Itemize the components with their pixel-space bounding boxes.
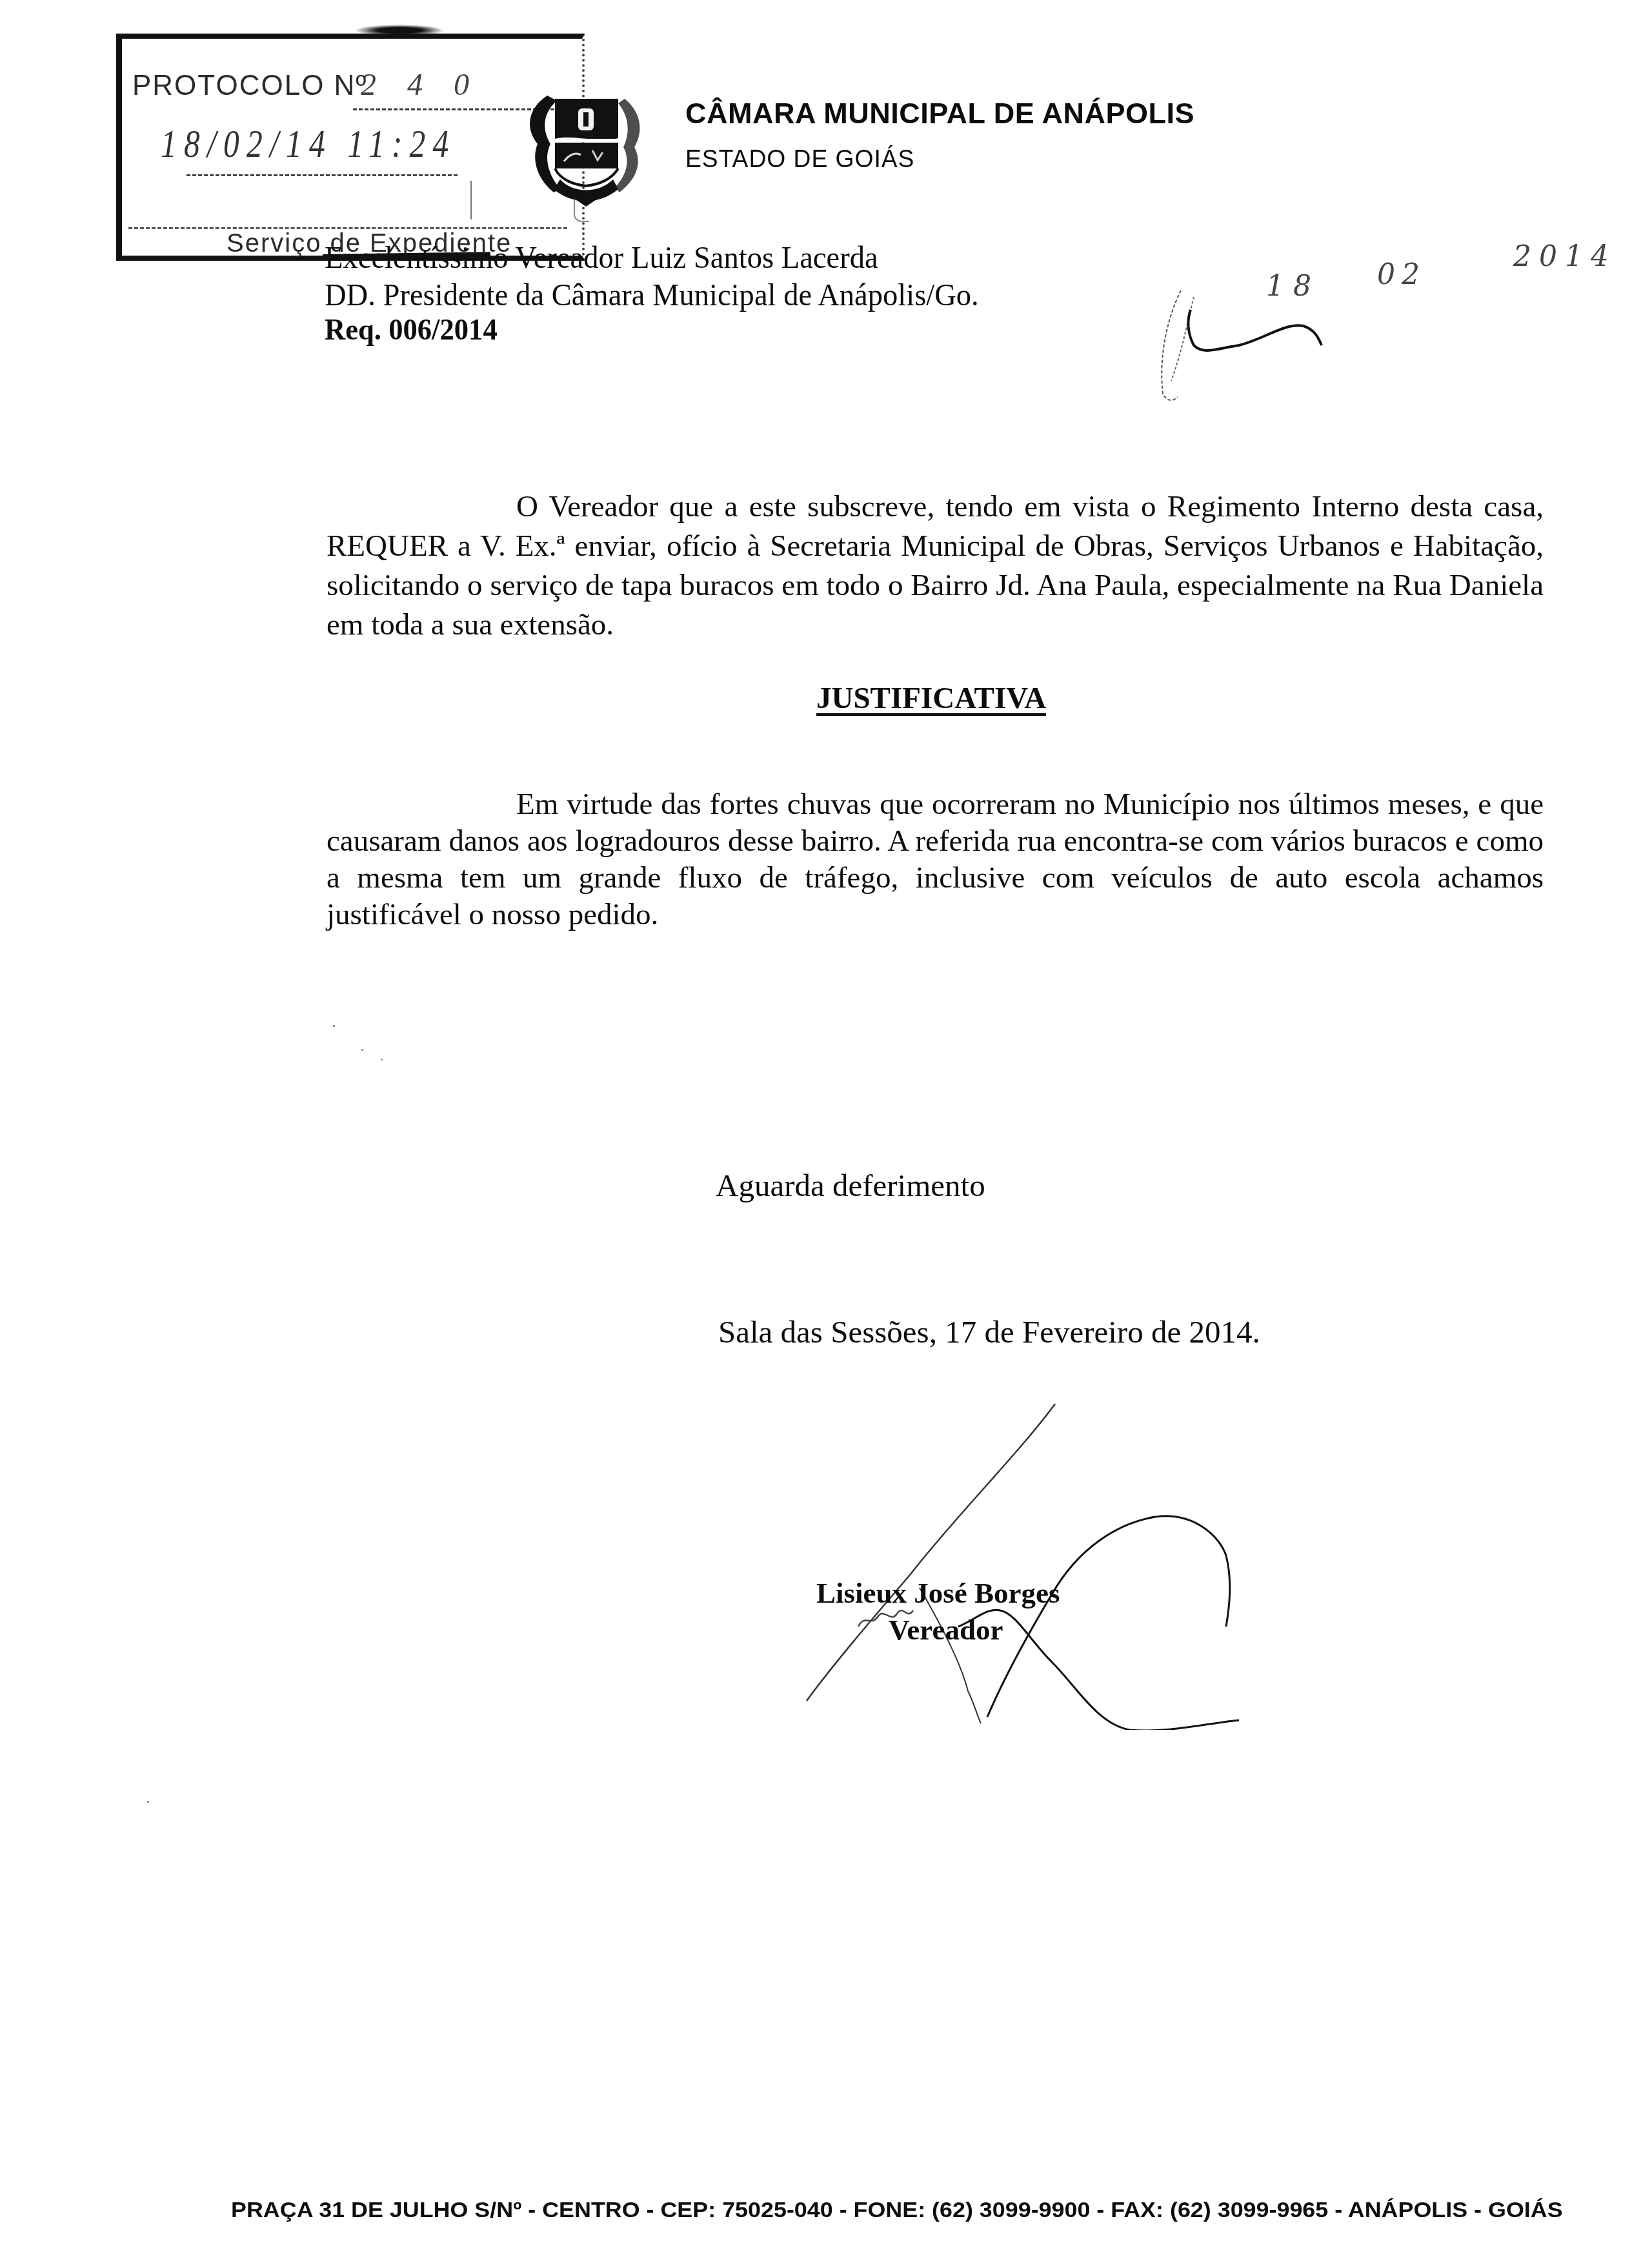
stamp-ink-smudge — [354, 25, 445, 36]
place-and-date: Sala das Sessões, 17 de Fevereiro de 201… — [718, 1314, 1260, 1350]
state-name: ESTADO DE GOIÁS — [685, 146, 914, 174]
handwritten-month: 02 — [1377, 258, 1426, 291]
stamp-handwritten-mark — [470, 181, 476, 219]
closing-request: Aguarda deferimento — [716, 1167, 985, 1204]
justification-heading: JUSTIFICATIVA — [816, 681, 1046, 716]
scan-speck — [381, 1059, 383, 1060]
request-reference: Req. 006/2014 — [325, 312, 498, 347]
protocol-received-datetime: 18/02/14 11:24 — [161, 121, 456, 167]
scan-speck — [147, 1801, 149, 1803]
request-paragraph: O Vereador que a este subscreve, tendo e… — [327, 487, 1544, 645]
municipal-coat-of-arms-icon — [521, 83, 650, 208]
signatory-role: Vereador — [889, 1613, 1003, 1647]
institution-name: CÂMARA MUNICIPAL DE ANÁPOLIS — [685, 97, 1194, 130]
protocol-date-line — [186, 174, 458, 176]
footer-address: PRAÇA 31 DE JULHO S/Nº - CENTRO - CEP: 7… — [231, 2198, 1563, 2223]
justification-paragraph: Em virtude das fortes chuvas que ocorrer… — [327, 786, 1544, 933]
protocol-label: PROTOCOLO Nº — [132, 70, 367, 102]
scan-speck — [333, 1025, 335, 1027]
handwritten-initials-icon — [1155, 284, 1342, 407]
protocol-stamp: PROTOCOLO Nº 2 4 0 18/02/14 11:24 Serviç… — [116, 34, 585, 261]
handwritten-year: 2014 — [1513, 240, 1617, 273]
handwritten-signature-icon — [794, 1394, 1297, 1730]
signatory-name: Lisieux José Borges — [816, 1576, 1060, 1610]
request-text: O Vereador que a este subscreve, tendo e… — [327, 490, 1544, 642]
addressee-title: DD. Presidente da Câmara Municipal de An… — [325, 278, 979, 313]
protocol-number: 2 4 0 — [361, 67, 481, 103]
scan-speck — [361, 1049, 363, 1051]
justification-text: Em virtude das fortes chuvas que ocorrer… — [327, 787, 1544, 931]
